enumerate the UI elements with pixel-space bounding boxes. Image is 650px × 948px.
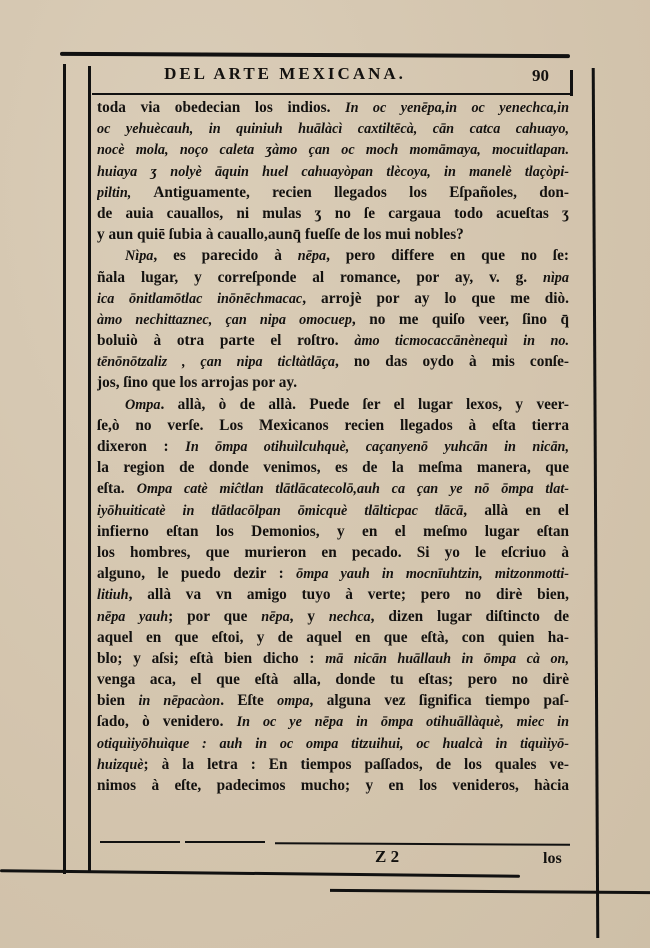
text-line: oc yehuècauh, in quiniuh huālàcì caxtilt… (97, 118, 569, 139)
text-line: ica ōnitlamōtlac inōnēchmacac, arrojè po… (97, 288, 569, 309)
spanish-text: toda via obedecian los indios. (97, 99, 345, 116)
nahuatl-italic-text: nìpa (543, 270, 569, 286)
nahuatl-italic-text: Ompa catè miĉtlan tlātlācatecolō,auh ca … (137, 481, 569, 497)
spanish-text: la region de donde venimos, es de la meſ… (97, 459, 569, 476)
text-line: venga aca, el que eſtà alla, donde tu eſ… (97, 669, 569, 690)
text-line: nocè mola, noço caleta ʒàmo çan oc moch … (97, 139, 569, 160)
text-line: àmo nechittaznec, çan nipa omocuep, no m… (97, 309, 569, 330)
spanish-text: ; por que (168, 608, 261, 625)
text-line: ſado, ò venidero. In oc ye nēpa in ōmpa … (97, 711, 569, 732)
nahuatl-italic-text: nēpa (298, 248, 326, 264)
bottom-border-rule (0, 869, 520, 877)
nahuatl-italic-text: piltin, (97, 185, 153, 201)
spanish-text: alguno, le puedo dezir : (97, 565, 296, 582)
nahuatl-italic-text: iyōhuiticatè in tlātlacōlpan ōmicquè tlā… (97, 503, 463, 519)
nahuatl-italic-text: ica ōnitlamōtlac inōnēchmacac (97, 291, 302, 307)
outer-left-border (63, 64, 66, 874)
nahuatl-italic-text: huizquè (97, 757, 144, 773)
bottom-border-rule-right (330, 889, 650, 894)
spanish-text: aquel en que eſtoi, y de aquel en que eſ… (97, 629, 569, 646)
nahuatl-italic-text: àmo nechittaznec, çan nipa omocuep (97, 312, 352, 328)
text-line: tēnōnōtzaliz , çan nipa ticltàtlāça, no … (97, 351, 569, 372)
text-line: iyōhuiticatè in tlātlacōlpan ōmicquè tlā… (97, 500, 569, 521)
header-underline-rule (92, 93, 570, 95)
text-line: bien in nēpacàon. Eſte ompa, alguna vez … (97, 690, 569, 711)
text-line: blo; y aſsi; eſtà bien dicho : mā nicān … (97, 648, 569, 669)
spanish-text: infierno eſtan los Demonios, y en el meſ… (97, 523, 569, 540)
footer-rule (185, 841, 265, 843)
inner-right-border (570, 70, 573, 96)
nahuatl-italic-text: ōmpa yauh in mocnīuhtzin, mitzonmotti- (296, 566, 569, 582)
nahuatl-italic-text: tēnōnōtzaliz , çan nipa ticltàtlāça (97, 354, 335, 370)
spanish-text: , es parecido à (153, 247, 297, 264)
spanish-text: nimos à eſte, padecimos mucho; y en los … (97, 777, 569, 794)
text-line: dixeron : In ōmpa otihuìlcuhquè, caçanye… (97, 436, 569, 457)
text-line: piltin, Antiguamente, recien llegados lo… (97, 182, 569, 203)
spanish-text: Antiguamente, recien llegados los Eſpaño… (153, 184, 569, 201)
signature-mark: Z 2 (375, 847, 399, 867)
nahuatl-italic-text: nēpa (261, 609, 289, 625)
text-line: infierno eſtan los Demonios, y en el meſ… (97, 521, 569, 542)
spanish-text: , no das oydo à mis conſe- (335, 353, 569, 370)
body-text: toda via obedecian los indios. In oc yen… (97, 97, 569, 796)
spanish-text: ; à la letra : En tiempos paſſados, de l… (144, 756, 569, 773)
spanish-text: ſado, ò venidero. (97, 713, 237, 730)
text-line: eſta. Ompa catè miĉtlan tlātlācatecolō,a… (97, 478, 569, 499)
nahuatl-italic-text: in nēpacàon (138, 693, 220, 709)
spanish-text: dixeron : (97, 438, 185, 455)
spanish-text: , y (290, 608, 329, 625)
spanish-text: , allà en el (463, 502, 569, 519)
nahuatl-italic-text: In ōmpa otihuìlcuhquè, caçanyenō yuhcān … (185, 439, 569, 455)
text-line: nimos à eſte, padecimos mucho; y en los … (97, 775, 569, 796)
text-line: huiaya ʒ nolyè āquin huel cahuayòpan tlè… (97, 161, 569, 182)
spanish-text: ñala lugar, y correſponde al romance, po… (97, 269, 543, 286)
spanish-text: , no me quiſo veer, ſino q̄ (352, 311, 569, 328)
text-line: otiquìiyōhuìque : auh in oc ompa titzuih… (97, 733, 569, 754)
nahuatl-italic-text: nechca (329, 609, 371, 625)
spanish-text: blo; y aſsi; eſtà bien dicho : (97, 650, 325, 667)
text-line: Nìpa, es parecido à nēpa, pero differe e… (97, 245, 569, 266)
page-number: 90 (532, 66, 549, 86)
spanish-text: boluiò à otra parte el roſtro. (97, 332, 354, 349)
nahuatl-italic-text: nocè mola, noço caleta ʒàmo çan oc moch … (97, 142, 569, 158)
top-border-rule (60, 52, 570, 58)
text-line: huizquè; à la letra : En tiempos paſſado… (97, 754, 569, 775)
nahuatl-italic-text: otiquìiyōhuìque : auh in oc ompa titzuih… (97, 736, 569, 752)
spanish-text: ſe,ò no verſe. Los Mexicanos recien lleg… (97, 417, 569, 434)
text-line: jos, ſino que los arrojas por ay. (97, 372, 569, 393)
catchword: los (543, 850, 562, 868)
text-line: boluiò à otra parte el roſtro. àmo ticmo… (97, 330, 569, 351)
text-line: ñala lugar, y correſponde al romance, po… (97, 267, 569, 288)
spanish-text: , arrojè por ay lo que me diò. (302, 290, 569, 307)
nahuatl-italic-text: litiuh (97, 587, 129, 603)
text-line: litiuh, allà va vn amigo tuyo à verte; p… (97, 584, 569, 605)
nahuatl-italic-text: Ompa (125, 397, 160, 413)
nahuatl-italic-text: In oc yenēpa,in oc yenechca,in (345, 100, 569, 116)
text-line: de auia cauallos, ni mulas ʒ no ſe carga… (97, 203, 569, 224)
inner-left-border (88, 66, 91, 872)
spanish-text: . Eſte (220, 692, 277, 709)
spanish-text: de auia cauallos, ni mulas ʒ no ſe carga… (97, 205, 569, 222)
text-line: nēpa yauh; por que nēpa, y nechca, dizen… (97, 606, 569, 627)
spanish-text: jos, ſino que los arrojas por ay. (97, 374, 297, 391)
nahuatl-italic-text: ompa (277, 693, 309, 709)
spanish-text: bien (97, 692, 138, 709)
text-line: los hombres, que murieron en pecado. Si … (97, 542, 569, 563)
spanish-text: , dizen lugar diſtincto de (371, 608, 569, 625)
text-line: y aun quiē ſubia à cauallo,aunq̄ fueſſe … (97, 224, 569, 245)
spanish-text: , allà va vn amigo tuyo à verte; pero no… (129, 586, 569, 603)
nahuatl-italic-text: oc yehuècauh, in quiniuh huālàcì caxtilt… (97, 121, 569, 137)
spanish-text: eſta. (97, 480, 137, 497)
text-line: toda via obedecian los indios. In oc yen… (97, 97, 569, 118)
spanish-text: y aun quiē ſubia à cauallo,aunq̄ fueſſe … (97, 226, 464, 243)
outer-right-border (592, 68, 600, 938)
nahuatl-italic-text: Nìpa (125, 248, 153, 264)
text-line: la region de donde venimos, es de la meſ… (97, 457, 569, 478)
nahuatl-italic-text: mā nicān huāllauh in ōmpa cà on, (325, 651, 569, 667)
nahuatl-italic-text: àmo ticmocaccānènequì in no. (354, 333, 569, 349)
spanish-text: venga aca, el que eſtà alla, donde tu eſ… (97, 671, 569, 688)
spanish-text: , pero differe en que no ſe: (326, 247, 569, 264)
nahuatl-italic-text: nēpa yauh (97, 609, 168, 625)
nahuatl-italic-text: huiaya ʒ nolyè āquin huel cahuayòpan tlè… (97, 164, 569, 180)
running-head: DEL ARTE MEXICANA. (130, 64, 440, 84)
text-line: ſe,ò no verſe. Los Mexicanos recien lleg… (97, 415, 569, 436)
nahuatl-italic-text: In oc ye nēpa in ōmpa otihuāllàquè, miec… (237, 714, 569, 730)
footer-rule (100, 841, 180, 843)
spanish-text: los hombres, que murieron en pecado. Si … (97, 544, 569, 561)
text-line: Ompa. allà, ò de allà. Puede ſer el luga… (97, 394, 569, 415)
spanish-text: . allà, ò de allà. Puede ſer el lugar le… (160, 396, 569, 413)
footer-rule (275, 842, 570, 846)
spanish-text: , alguna vez ſignifica tiempo paſ- (309, 692, 569, 709)
text-line: aquel en que eſtoi, y de aquel en que eſ… (97, 627, 569, 648)
text-line: alguno, le puedo dezir : ōmpa yauh in mo… (97, 563, 569, 584)
